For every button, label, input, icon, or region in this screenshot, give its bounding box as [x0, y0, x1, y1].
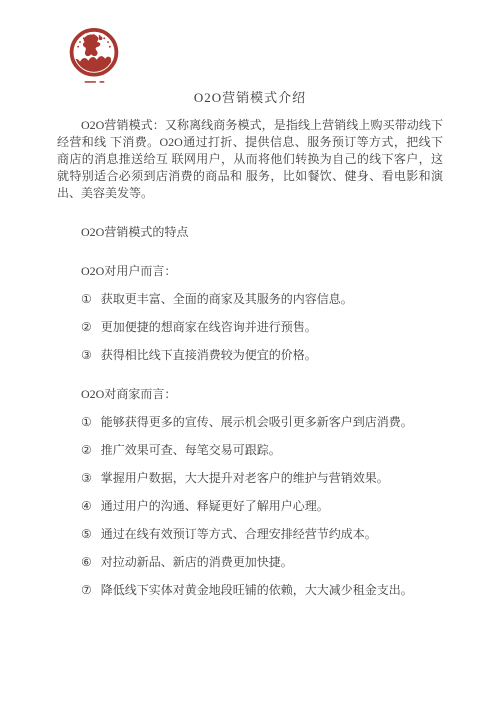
item-marker: ②	[81, 319, 92, 336]
item-text: 对拉动新品、新店的消费更加快捷。	[101, 555, 293, 569]
item-text: 掌握用户数据，大大提升对老客户的维护与营销效果。	[101, 471, 389, 485]
list-item: ③掌握用户数据，大大提升对老客户的维护与营销效果。	[81, 470, 443, 487]
item-marker: ①	[81, 414, 92, 431]
document-page: O2O营销模式介绍 O2O营销模式：又称离线商务模式，是指线上营销线上购买带动线…	[0, 0, 500, 707]
item-marker: ②	[81, 442, 92, 459]
list-item: ②更加便捷的想商家在线咨询并进行预售。	[81, 319, 443, 336]
list-item: ⑤通过在线有效预订等方式、合理安排经营节约成本。	[81, 526, 443, 543]
list-item: ⑥对拉动新品、新店的消费更加快捷。	[81, 554, 443, 571]
red-seal-logo-icon	[66, 26, 122, 86]
list-item: ④通过用户的沟通、释疑更好了解用户心理。	[81, 498, 443, 515]
merchants-section-heading: O2O对商家而言：	[81, 386, 443, 403]
list-item: ①获取更丰富、全面的商家及其服务的内容信息。	[81, 291, 443, 308]
item-text: 降低线下实体对黄金地段旺铺的依赖，大大减少租金支出。	[101, 583, 413, 597]
item-text: 通过用户的沟通、释疑更好了解用户心理。	[101, 499, 329, 513]
document-body: O2O营销模式：又称离线商务模式，是指线上营销线上购买带动线下经营和线 下消费。…	[57, 117, 443, 599]
item-marker: ①	[81, 291, 92, 308]
list-item: ⑦降低线下实体对黄金地段旺铺的依赖，大大减少租金支出。	[81, 582, 443, 599]
item-text: 获得相比线下直接消费较为便宜的价格。	[101, 348, 317, 362]
users-section-heading: O2O对用户而言：	[81, 263, 443, 280]
features-heading: O2O营销模式的特点	[81, 224, 443, 241]
list-item: ②推广效果可查、每笔交易可跟踪。	[81, 442, 443, 459]
list-item: ①能够获得更多的宣传、展示机会吸引更多新客户到店消费。	[81, 414, 443, 431]
item-text: 更加便捷的想商家在线咨询并进行预售。	[101, 320, 317, 334]
intro-paragraph: O2O营销模式：又称离线商务模式，是指线上营销线上购买带动线下经营和线 下消费。…	[57, 117, 443, 202]
item-marker: ⑥	[81, 554, 92, 571]
item-text: 通过在线有效预订等方式、合理安排经营节约成本。	[101, 527, 377, 541]
item-text: 获取更丰富、全面的商家及其服务的内容信息。	[101, 292, 353, 306]
item-marker: ⑦	[81, 582, 92, 599]
item-marker: ③	[81, 347, 92, 364]
item-marker: ③	[81, 470, 92, 487]
item-marker: ④	[81, 498, 92, 515]
item-marker: ⑤	[81, 526, 92, 543]
item-text: 能够获得更多的宣传、展示机会吸引更多新客户到店消费。	[101, 415, 413, 429]
item-text: 推广效果可查、每笔交易可跟踪。	[101, 443, 281, 457]
list-item: ③获得相比线下直接消费较为便宜的价格。	[81, 347, 443, 364]
